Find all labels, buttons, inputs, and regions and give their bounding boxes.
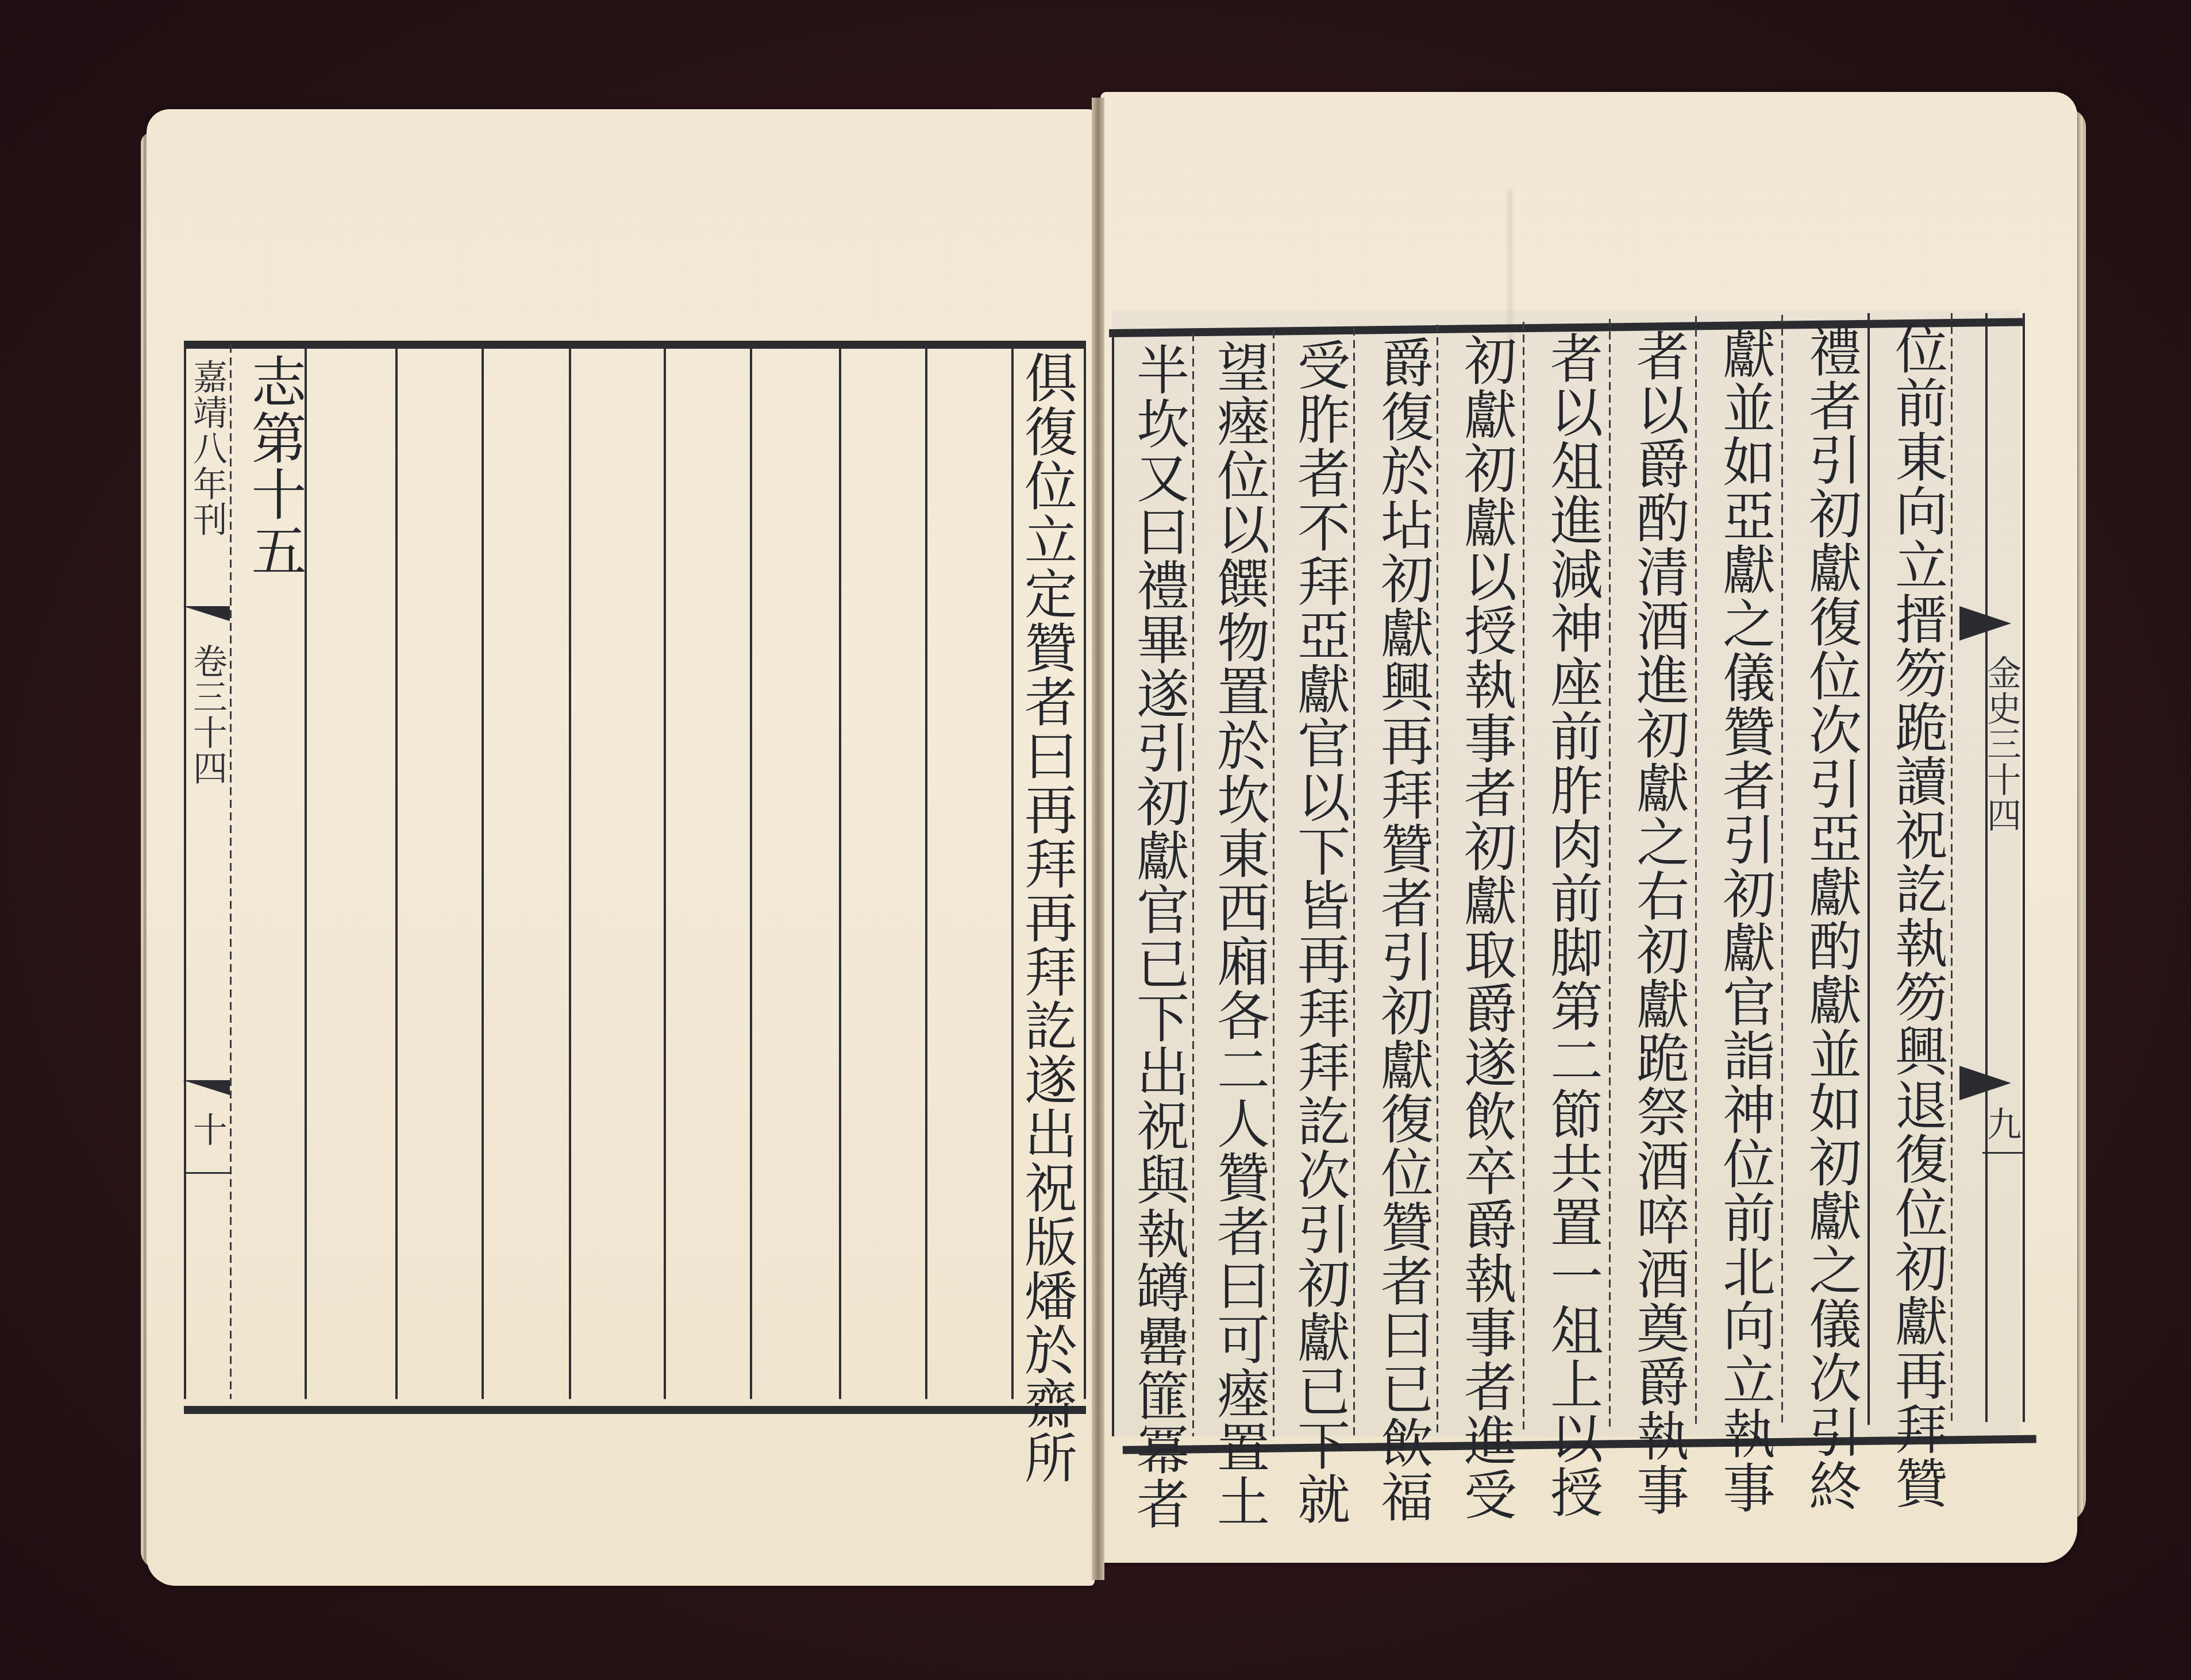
column-line [1523,322,1524,1434]
column-line [664,345,666,1399]
column-line [1437,325,1438,1434]
left-frame-inner-line [1084,345,1086,1399]
right-frame-inner-line [1112,336,1114,1436]
text-column: 爵復於坫初獻興再拜贊者引初獻復位贊者曰已飲福 [1376,336,1429,1524]
column-line [1011,345,1014,1399]
column-line [1867,313,1870,1425]
left-page-number: 十 [183,1112,232,1147]
column-line [1781,315,1783,1427]
column-line [1609,319,1611,1431]
volume-label: 卷三十四 [183,644,232,786]
text-column: 受胙者不拜亞獻官以下皆再拜拜訖次引初獻已下就 [1293,338,1346,1526]
right-frame-outer-line [2023,313,2025,1422]
text-column: 禮者引初獻復位次引亞獻酌獻並如初獻之儀次引終 [1804,325,1857,1513]
fishtail-mark-icon [183,1080,230,1110]
book-gutter [1092,98,1104,1580]
text-column: 獻並如亞獻之儀贊者引初獻官詣神位前北向立執事 [1718,326,1771,1515]
text-column: 位前東向立搢笏跪讀祝訖執笏興退復位初獻再拜贊 [1890,322,1943,1510]
fishtail-mark-icon [1959,606,2011,641]
text-column: 望瘞位以饌物置於坎東西廂各二人贊者曰可瘞置土 [1212,340,1265,1528]
column-line [395,345,398,1399]
margin-column-line [1985,313,1988,1422]
margin-divider [1982,1152,2023,1154]
right-page-number: 九 [1977,1106,2026,1142]
column-line [1951,313,1953,1425]
column-line [839,345,841,1399]
text-column: 半坎又曰禮畢遂引初獻官已下出祝與執罇罍篚冪者 [1132,342,1185,1531]
text-column: 者以爵酌清酒進初獻之右初獻跪祭酒啐酒奠爵執事 [1632,329,1685,1517]
book-title-label: 金史三十四 [1977,655,2026,833]
column-line [1273,330,1274,1436]
column-line [750,345,752,1399]
text-column: 俱復位立定贊者曰再拜再拜訖遂出祝版燔於齋所 [1020,350,1073,1485]
text-column: 者以俎進減神座前胙肉前脚第二節共置一俎上以授 [1546,331,1599,1519]
column-line [482,345,484,1399]
fishtail-mark-icon [183,606,230,636]
edition-label: 嘉靖八年刊 [183,359,232,537]
column-line [1353,327,1355,1436]
margin-divider [184,1172,231,1174]
left-page-frame [184,341,1086,1414]
column-line [925,345,927,1399]
chapter-title: 志第十五 [236,353,314,579]
column-line [1192,333,1194,1436]
text-column: 初獻初獻以授執事者初獻取爵遂飲卒爵執事者進受 [1460,333,1512,1521]
fishtail-mark-icon [1959,1066,2011,1100]
column-line [569,345,571,1399]
column-line [1695,316,1697,1428]
